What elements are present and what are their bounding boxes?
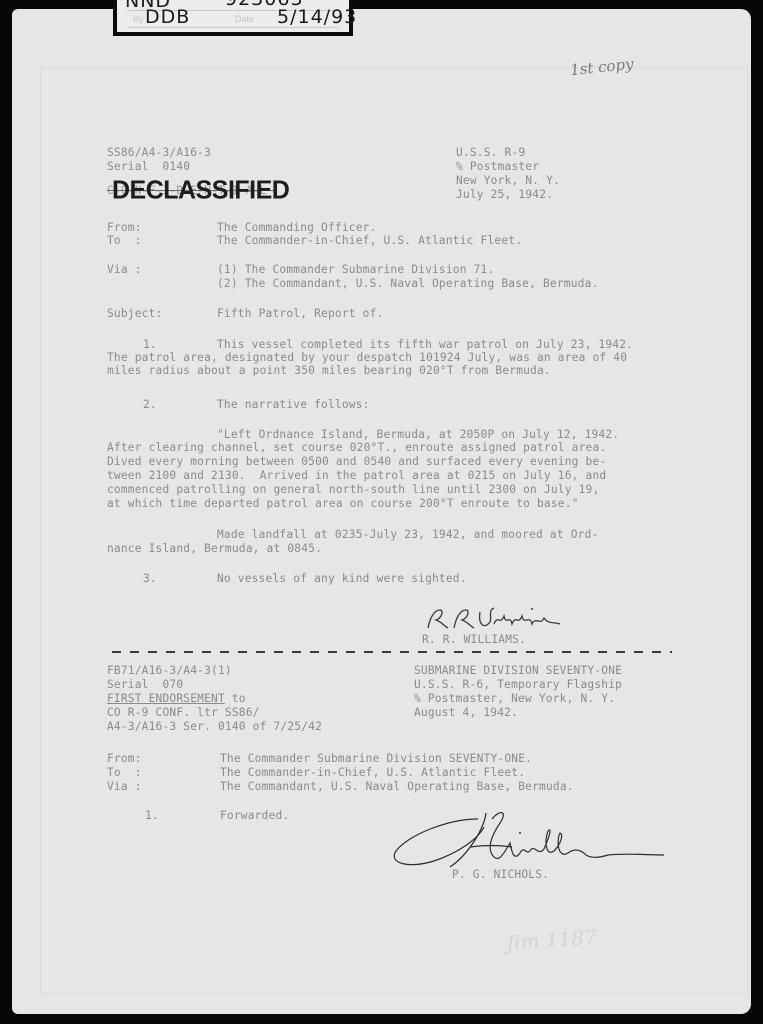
paragraph-3-number: 3. — [143, 572, 157, 585]
paragraph-1-number: 1. — [143, 338, 157, 351]
williams-signature — [420, 600, 600, 636]
endorsement-title: FIRST ENDORSEMENT — [107, 692, 225, 705]
archive-declassification-label: NND 923063 By DDB Date 5/14/93 — [113, 0, 353, 36]
endorsement-title-suffix: to — [225, 692, 246, 705]
paragraph-3-text: No vessels of any kind were sighted. — [217, 572, 467, 585]
subject-label: Subject: — [107, 307, 162, 320]
narrative-line-3: Dived every morning between 0500 and 054… — [107, 455, 606, 468]
narrative-line-4: tween 2100 and 2130. Arrived in the patr… — [107, 469, 606, 482]
via-item-2: (2) The Commandant, U.S. Naval Operating… — [217, 277, 598, 290]
serial-number: Serial 0140 — [107, 160, 190, 173]
paragraph-2-text: The narrative follows: — [217, 398, 370, 411]
sender-address-line-1: U.S.S. R-9 — [456, 146, 525, 159]
narrative-line-6: at which time departed patrol area on co… — [107, 497, 579, 510]
nichols-signature — [388, 805, 678, 877]
endorsement-from-value: The Commander Submarine Division SEVENTY… — [220, 752, 532, 765]
paragraph-1-line-2: The patrol area, designated by your desp… — [107, 351, 627, 364]
endorsement-to-value: The Commander-in-Chief, U.S. Atlantic Fl… — [220, 766, 525, 779]
from-value: The Commanding Officer. — [217, 221, 377, 234]
narrative-line-2: After clearing channel, set course 020°T… — [107, 441, 606, 454]
endorsement-address-line-2: U.S.S. R-6, Temporary Flagship — [414, 678, 622, 691]
file-code: SS86/A4-3/A16-3 — [107, 146, 211, 159]
landfall-line-1: Made landfall at 0235-July 23, 1942, and… — [217, 528, 598, 541]
narrative-line-1: "Left Ordnance Island, Bermuda, at 2050P… — [217, 428, 619, 441]
via-item-1: (1) The Commander Submarine Division 71. — [217, 263, 494, 276]
by-label: By — [133, 14, 144, 24]
endorsement-address-line-1: SUBMARINE DIVISION SEVENTY-ONE — [414, 664, 622, 677]
sender-address-line-2: % Postmaster — [456, 160, 539, 173]
sender-address-line-3: New York, N. Y. — [456, 174, 560, 187]
date-value: 5/14/93 — [277, 6, 357, 28]
to-value: The Commander-in-Chief, U.S. Atlantic Fl… — [217, 234, 522, 247]
endorsement-via-value: The Commandant, U.S. Naval Operating Bas… — [220, 780, 574, 793]
letter-date: July 25, 1942. — [456, 188, 553, 201]
nichols-name: P. G. NICHOLS. — [452, 868, 549, 881]
by-value: DDB — [145, 6, 190, 28]
endorsement-to-label: To : — [107, 766, 142, 779]
endorsement-from-label: From: — [107, 752, 142, 765]
endorsement-divider — [112, 651, 672, 653]
to-label: To : — [107, 234, 142, 247]
from-label: From: — [107, 221, 142, 234]
endorsement-paragraph-1-text: Forwarded. — [220, 809, 289, 822]
via-label: Via : — [107, 263, 142, 276]
endorsement-via-label: Via : — [107, 780, 142, 793]
endorsement-reference-2: A4-3/A16-3 Ser. 0140 of 7/25/42 — [107, 720, 322, 733]
declassified-stamp: DECLASSIFIED — [112, 175, 289, 205]
paragraph-1-line-1: This vessel completed its fifth war patr… — [217, 338, 633, 351]
endorsement-paragraph-1-number: 1. — [145, 809, 159, 822]
landfall-line-2: nance Island, Bermuda, at 0845. — [107, 542, 322, 555]
endorsement-address-line-3: % Postmaster, New York, N. Y. — [414, 692, 615, 705]
narrative-line-5: commenced patrolling on general north-so… — [107, 483, 599, 496]
endorsement-serial: Serial 070 — [107, 678, 183, 691]
paragraph-2-number: 2. — [143, 398, 157, 411]
date-label: Date — [235, 14, 254, 24]
endorsement-title-line: FIRST ENDORSEMENT to — [107, 692, 246, 705]
scanned-document: NND 923063 By DDB Date 5/14/93 1st copy … — [0, 0, 763, 1024]
williams-name: R. R. WILLIAMS. — [422, 633, 526, 646]
endorsement-reference-1: CO R-9 CONF. ltr SS86/ — [107, 706, 260, 719]
paragraph-1-line-3: miles radius about a point 350 miles bea… — [107, 364, 551, 377]
endorsement-date: August 4, 1942. — [414, 706, 518, 719]
subject-value: Fifth Patrol, Report of. — [217, 307, 383, 320]
endorsement-file-code: FB71/A16-3/A4-3(1) — [107, 664, 232, 677]
